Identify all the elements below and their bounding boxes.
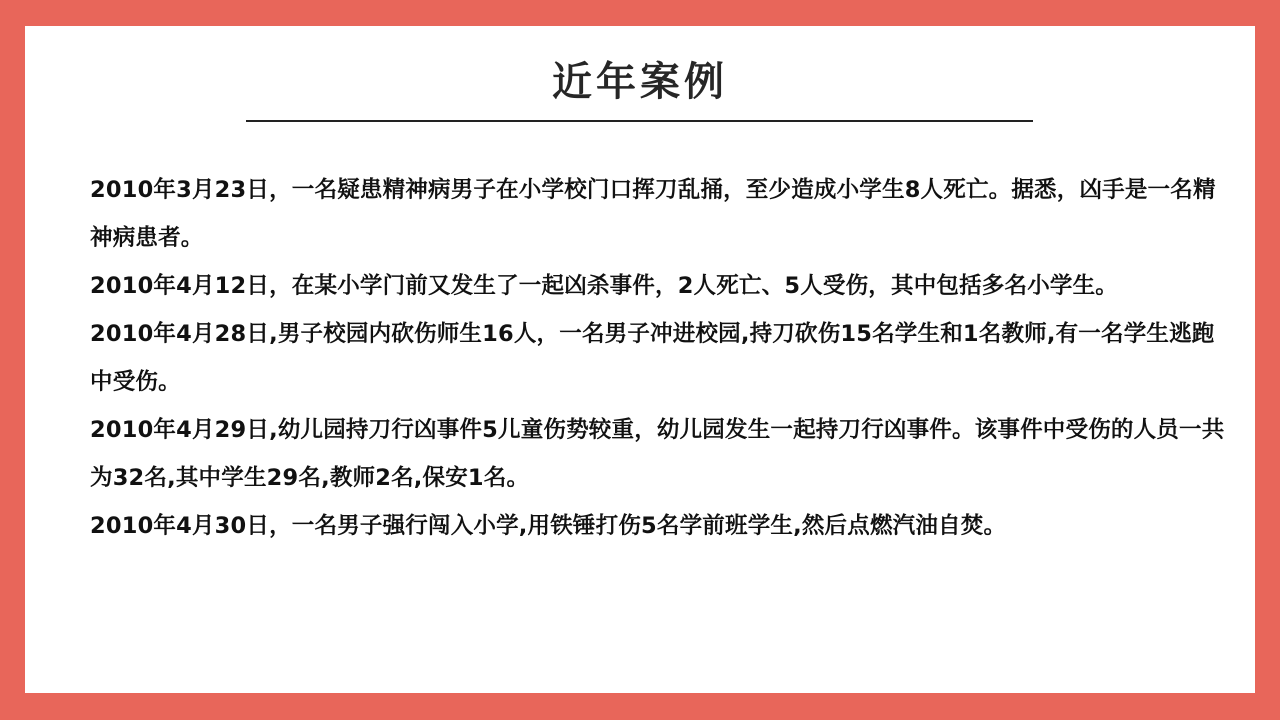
slide-title: 近年案例	[25, 60, 1255, 104]
case-item-2010-04-28: 2010年4月28日,男子校园内砍伤师生16人，一名男子冲进校园,持刀砍伤15名…	[90, 310, 1230, 406]
case-item-2010-04-12: 2010年4月12日，在某小学门前又发生了一起凶杀事件，2人死亡、5人受伤，其中…	[90, 262, 1230, 310]
title-divider	[246, 120, 1033, 122]
slide-panel: 近年案例 2010年3月23日，一名疑患精神病男子在小学校门口挥刀乱捅，至少造成…	[25, 26, 1255, 693]
case-item-2010-04-29: 2010年4月29日,幼儿园持刀行凶事件5儿童伤势较重，幼儿园发生一起持刀行凶事…	[90, 406, 1230, 502]
case-item-2010-04-30: 2010年4月30日，一名男子强行闯入小学,用铁锤打伤5名学前班学生,然后点燃汽…	[90, 502, 1230, 550]
case-item-2010-03-23: 2010年3月23日，一名疑患精神病男子在小学校门口挥刀乱捅，至少造成小学生8人…	[90, 166, 1230, 262]
case-list: 2010年3月23日，一名疑患精神病男子在小学校门口挥刀乱捅，至少造成小学生8人…	[90, 166, 1230, 550]
